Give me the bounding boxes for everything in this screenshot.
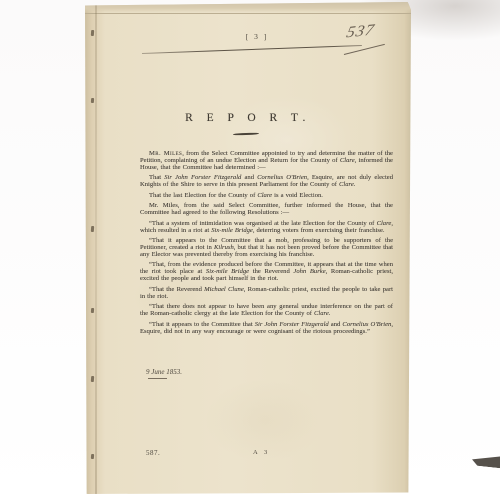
- binding-stitch: [91, 226, 94, 232]
- paragraph-segment: “That the Reverend: [149, 286, 204, 293]
- paragraph-segment: Mr. Miles, from the said Select Committe…: [140, 202, 393, 216]
- report-title: R E P O R T.: [85, 112, 411, 124]
- binding-stitch: [91, 98, 94, 103]
- paragraph-segment: Clare: [314, 310, 329, 317]
- report-paragraph: “That there does not appear to have been…: [140, 303, 393, 317]
- paragraph-segment: John Burke: [293, 268, 325, 275]
- footer-paper-number: 587.: [146, 449, 160, 457]
- binding-stitch: [91, 376, 94, 382]
- paragraph-segment: Sir John Forster Fitzgerald: [255, 321, 329, 328]
- binding-stitch: [91, 308, 94, 313]
- paragraph-segment: Michael Clune: [204, 286, 244, 293]
- paragraph-segment: “That a system of intimidation was organ…: [149, 220, 377, 227]
- paragraph-segment: and: [329, 321, 343, 328]
- report-paragraph: Mr. Miles, from the said Select Committe…: [140, 202, 393, 216]
- date-underline: [148, 378, 167, 379]
- signature-mark: A 3: [253, 449, 270, 456]
- paragraph-segment: Clare: [377, 220, 392, 227]
- report-paragraph: “That, from the evidence produced before…: [140, 261, 393, 282]
- page-top-edge: [85, 2, 411, 14]
- paragraph-segment: That the last Election for the County of: [149, 192, 257, 199]
- document-page: [ 3 ] 537 R E P O R T. Mr. Miles, from t…: [85, 2, 411, 494]
- paragraph-segment: Clare: [340, 157, 355, 164]
- report-paragraph: “That it appears to the Committee that a…: [140, 237, 393, 258]
- binding-crease: [95, 2, 97, 494]
- report-paragraph: That the last Election for the County of…: [140, 192, 393, 199]
- header-rule: [142, 45, 362, 54]
- report-paragraph: “That the Reverend Michael Clune, Roman-…: [140, 286, 393, 300]
- scan-background: [ 3 ] 537 R E P O R T. Mr. Miles, from t…: [0, 0, 500, 500]
- report-date: 9 June 1853.: [146, 368, 182, 376]
- paragraph-segment: Clare: [339, 181, 354, 188]
- report-paragraph: “That a system of intimidation was organ…: [140, 220, 393, 234]
- paragraph-segment: .: [329, 310, 331, 317]
- paragraph-segment: “That it appears to the Committee that: [149, 321, 255, 328]
- paragraph-segment: Mr. Miles: [149, 150, 182, 157]
- page-number: [ 3 ]: [235, 32, 279, 41]
- paragraph-segment: .: [354, 181, 356, 188]
- paragraph-segment: Six-mile Bridge: [211, 227, 253, 234]
- report-body: Mr. Miles, from the Select Committee app…: [140, 150, 393, 338]
- report-paragraph: Mr. Miles, from the Select Committee app…: [140, 150, 393, 171]
- paragraph-segment: Cornelius O'Brien: [342, 321, 391, 328]
- paragraph-segment: is a void Election.: [272, 192, 323, 199]
- paragraph-segment: “That there does not appear to have been…: [140, 303, 393, 317]
- paragraph-segment: , deterring voters from exercising their…: [253, 227, 385, 234]
- dark-corner-object: [471, 452, 500, 468]
- binding-stitch: [91, 30, 94, 36]
- paragraph-segment: Kilrush: [214, 244, 234, 251]
- report-paragraph: “That it appears to the Committee that S…: [140, 321, 393, 335]
- report-paragraph: That Sir John Forster Fitzgerald and Cor…: [140, 174, 393, 188]
- binding-stitch: [91, 454, 94, 459]
- paragraph-segment: Clare: [257, 192, 272, 199]
- handwritten-folio-number: 537: [345, 22, 377, 43]
- title-rule: [233, 133, 259, 136]
